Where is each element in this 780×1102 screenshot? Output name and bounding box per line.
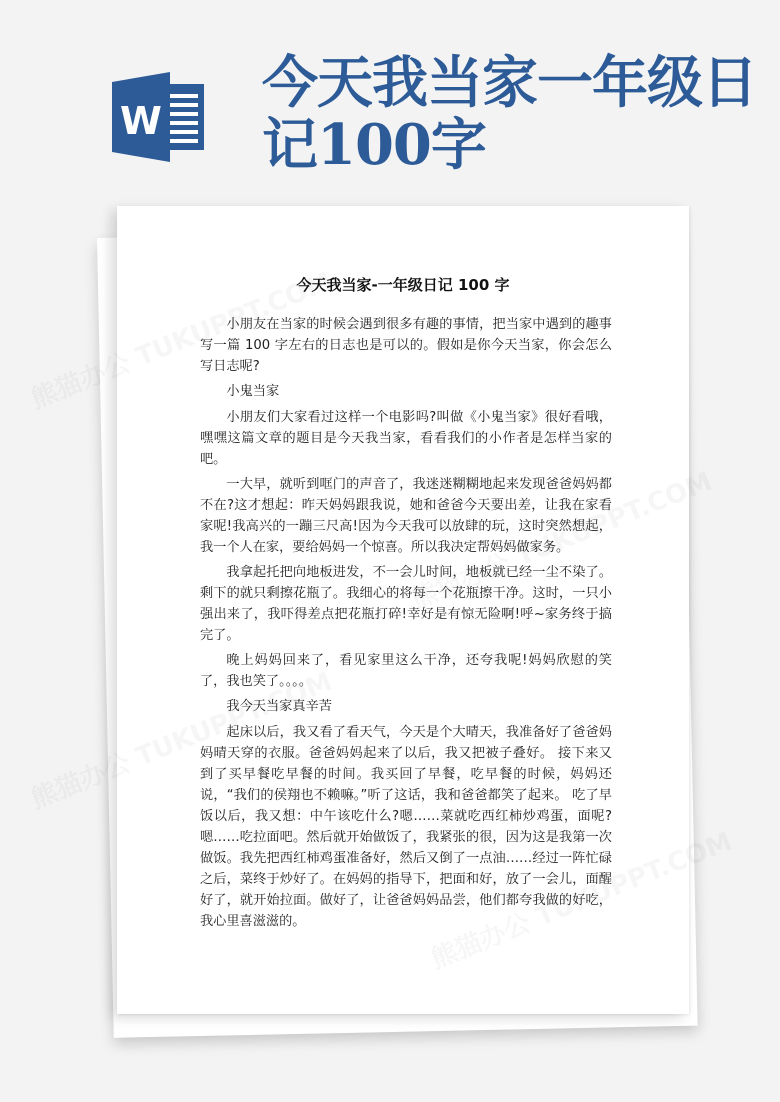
section-heading: 小鬼当家 [200, 381, 612, 402]
document-title: 今天我当家-一年级日记 100 字 [117, 274, 689, 295]
document-page: 今天我当家-一年级日记 100 字 小朋友在当家的时候会遇到很多有趣的事情，把当… [117, 206, 689, 1014]
svg-text:W: W [120, 99, 162, 143]
document-body: 小朋友在当家的时候会遇到很多有趣的事情，把当家中遇到的趣事写一篇 100 字左右… [200, 314, 612, 936]
word-document-icon: W [108, 70, 208, 162]
paragraph: 我拿起托把向地板进发，不一会儿时间，地板就已经一尘不染了。剩下的就只剩擦花瓶了。… [200, 562, 612, 646]
paragraph: 起床以后，我又看了看天气，今天是个大晴天，我准备好了爸爸妈妈晴天穿的衣服。爸爸妈… [200, 722, 612, 932]
page-title: 今天我当家一年级日记100字 [262, 52, 762, 176]
paragraph: 小朋友们大家看过这样一个电影吗?叫做《小鬼当家》很好看哦，嘿嘿这篇文章的题目是今… [200, 407, 612, 470]
paragraph: 小朋友在当家的时候会遇到很多有趣的事情，把当家中遇到的趣事写一篇 100 字左右… [200, 314, 612, 377]
paragraph: 晚上妈妈回来了，看见家里这么干净，还夸我呢!妈妈欣慰的笑了，我也笑了。。。。 [200, 650, 612, 692]
section-heading: 我今天当家真辛苦 [200, 696, 612, 717]
paragraph: 一大早，就听到哐门的声音了，我迷迷糊糊地起来发现爸爸妈妈都不在?这才想起：昨天妈… [200, 474, 612, 558]
